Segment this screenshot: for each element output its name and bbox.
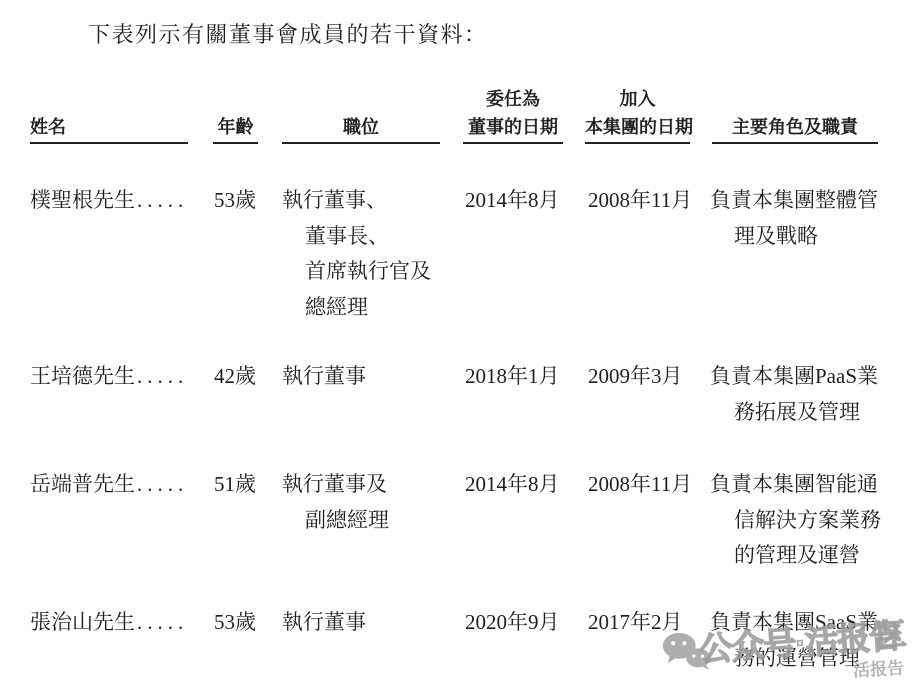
director-position: 執行董事、 董事長、 首席執行官及 總經理 (282, 183, 475, 325)
dot-leader: ..... (137, 610, 188, 634)
director-age: 51歲 (214, 467, 269, 503)
director-joined-date: 2008年11月 (588, 467, 698, 503)
director-appointed-date: 2014年8月 (465, 467, 570, 503)
header-rule-age (213, 142, 258, 144)
column-header-joined-line2: 本集團的日期 (585, 113, 690, 141)
director-age: 53歲 (214, 605, 269, 641)
director-roles: 負責本集團PaaS業 務拓展及管理 (710, 359, 919, 430)
director-name: 張治山先生..... (30, 605, 220, 641)
director-roles: 負責本集團整體管 理及戰略 (710, 183, 919, 254)
dot-leader: ..... (137, 472, 188, 496)
director-age: 42歲 (214, 359, 269, 395)
director-joined-date: 2008年11月 (588, 183, 698, 219)
director-name-text: 張治山先生 (30, 610, 135, 634)
column-header-appointed-line1: 委任為 (463, 85, 563, 113)
watermark: 公众号·活报告 区 活报告 (0, 0, 919, 687)
director-position: 執行董事 (282, 605, 475, 641)
column-header-appointed-line2: 董事的日期 (463, 113, 563, 141)
header-rule-appointed (463, 142, 563, 144)
director-name: 王培德先生..... (30, 359, 220, 395)
director-joined-date: 2017年2月 (588, 605, 698, 641)
director-position: 執行董事及 副總經理 (282, 467, 475, 538)
director-roles: 負責本集團SaaS業 務的運營管理 (710, 605, 919, 676)
director-name-text: 樸聖根先生 (30, 188, 135, 212)
director-appointed-date: 2018年1月 (465, 359, 570, 395)
column-header-name: 姓名 (30, 113, 188, 141)
dot-leader: ..... (137, 364, 188, 388)
column-header-joined-line1: 加入 (585, 85, 690, 113)
director-name-text: 岳端普先生 (30, 472, 135, 496)
document-page: 下表列示有關董事會成員的若干資料： 姓名 年齡 職位 委任為 董事的日期 加入 … (0, 0, 919, 687)
director-name-text: 王培德先生 (30, 364, 135, 388)
director-name: 岳端普先生..... (30, 467, 220, 503)
header-rule-position (282, 142, 440, 144)
dot-leader: ..... (137, 188, 188, 212)
column-header-age: 年齡 (213, 113, 258, 141)
director-name: 樸聖根先生..... (30, 183, 220, 219)
director-appointed-date: 2014年8月 (465, 183, 570, 219)
column-header-position: 職位 (282, 113, 440, 141)
header-rule-joined (585, 142, 690, 144)
page-title: 下表列示有關董事會成員的若干資料： (88, 18, 488, 49)
director-age: 53歲 (214, 183, 269, 219)
column-header-roles: 主要角色及職責 (703, 113, 887, 141)
header-rule-roles (712, 142, 878, 144)
director-joined-date: 2009年3月 (588, 359, 698, 395)
header-rule-name (30, 142, 188, 144)
director-appointed-date: 2020年9月 (465, 605, 570, 641)
director-position: 執行董事 (282, 359, 475, 395)
director-roles: 負責本集團智能通 信解決方案業務 的管理及運營 (710, 467, 919, 574)
